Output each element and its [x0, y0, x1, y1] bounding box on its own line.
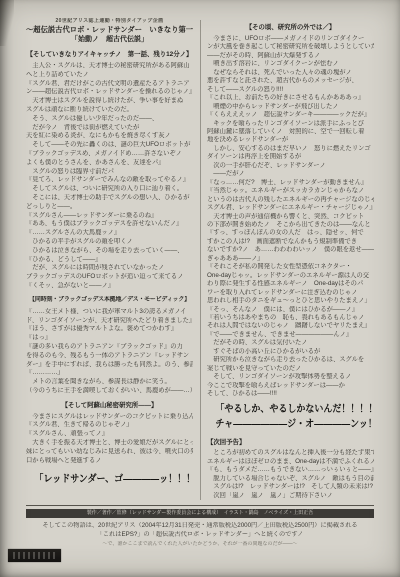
shout-charge-line1: 「やるしか、やるしかないんだ！！！！: [215, 403, 365, 418]
text-line: 『これ以上、お前たちの好きにさせるもんかあああっ』: [207, 94, 374, 102]
page-title: 〜超伝説古代ロボ・レッドサンダー いきなり第一話ノ〜: [26, 25, 193, 35]
story-text-next-episode: ところが初めてのスグルはなんと挿入後一分も経たず果てたノエネルギーはほぼゼロのま…: [207, 449, 374, 500]
text-line: 大きく手を振る天才博士と、博士の愛娘だがスグルにとって: [26, 439, 193, 448]
text-line: ――だがノ: [207, 170, 374, 178]
text-line: 地を決めるレッドサンダーが: [207, 136, 374, 144]
text-line: 今まさに、UFOロボ――メガノイドのリンゴダイクー: [207, 35, 374, 43]
text-line: （今のうちに王手を満喫しておくがいい、馬鹿めが――…）: [26, 387, 193, 396]
text-line: 悪を許すなと託された、超古代からのメッセージが、: [207, 77, 374, 85]
shout-charge-line2: チャ――――――ジ・オ――――ンッ！！」: [215, 418, 365, 433]
text-line: の下部が開き始めたノ そこから出てきたのは――なんと: [207, 221, 374, 229]
text-line: 今まさにスグルはレッドサンダーのコクピットに乗り込んだ。: [26, 413, 193, 422]
text-line: 『スグル君、君だけがこの古代文明の遺産たるアトラニア: [26, 80, 193, 89]
text-line: そして――その先に轟くのは、謎の巨大UFOロボットが: [26, 141, 193, 150]
right-column: 【その頃、研究所の外では／】 今まさに、UFOロボ――メガノイドのリンゴダイクー…: [207, 18, 374, 504]
text-line: どっしりと――。: [26, 203, 193, 212]
two-column-layout: 20世紀アリス誌上連動・特別タイアップ企画 〜超伝説古代ロボ・レッドサンダー い…: [26, 18, 374, 504]
text-line: ド、リンゴダイソーンが、天才研究所へたどり着きました』: [26, 317, 193, 326]
scan-corner-shadow: [0, 0, 14, 46]
text-line: スグル君、レッドサンダーにエネルギー・チャージじゃノ』: [207, 204, 374, 212]
text-line: 『くそッ、急がないと――ノ』: [26, 282, 193, 291]
text-line: 研究所から泣きながら走り去ったひかるは、スグルを: [207, 356, 374, 364]
text-line: スグルの怒りは臨界寸前だパ: [26, 168, 193, 177]
text-line: そう、スグルは優しい少年だったのだ――、: [26, 115, 193, 124]
text-line: ところが初めてのスグルはなんと挿入後一分も経たず果てたノ: [207, 449, 374, 457]
corner-badge: [8, 549, 61, 562]
text-line: ないですか?ノ あ……わわわわいッノ 僕の眼を返せ――: [207, 246, 374, 254]
text-line: 主人公・スグルは、天才博士の秘密研究所がある阿蘇山: [26, 62, 193, 71]
text-line: ダイソーンは再浮上を開始するが: [207, 153, 374, 161]
text-line: 『若いうちはあやまちの 恥も、畏れもあるもんじゃノ: [207, 314, 374, 322]
text-line: わり際に発生する性感エネルギーノ One-dayはそのパ: [207, 280, 374, 288]
text-line: 『そっ、そんなノ 僕には、僕にはひかるが――ノ』: [207, 306, 374, 314]
text-line: 案じて戦いを見守っていたのだノ: [207, 365, 374, 373]
text-line: 『も、もうダメだ……もうできない……っいぅいぅと――』: [207, 466, 374, 474]
text-line: 『くらえええッノ 超伝説サンダーキ――――ックだが』: [207, 111, 374, 119]
text-line: スグルは頑なに断り続けていたのだ。: [26, 106, 193, 115]
credits-bar: 製作／著作／監修（レッドサンダー製作委員会による構成） イラスト・鍋島 ノベライ…: [26, 509, 374, 518]
text-line: すぐそばの小高い丘にひかるがいるが: [207, 348, 374, 356]
section-heading-outside: 【その頃、研究所の外では／】: [207, 23, 374, 32]
scanned-document-page: 20世紀アリス誌上連動・特別タイアップ企画 〜超伝説古代ロボ・レッドサンダー い…: [0, 0, 400, 577]
left-column: 20世紀アリス誌上連動・特別タイアップ企画 〜超伝説古代ロボ・レッドサンダー い…: [26, 18, 193, 504]
text-line: を得るのも今、残るもう一体のアトラニアン『レッドサン: [26, 352, 193, 361]
text-line: ワーを取り入れてレッドサンダーに注ぎ込むのじゃノ: [207, 289, 374, 297]
text-line: 次の一手が肝心だぞ、レッドサンダーノ: [207, 162, 374, 170]
text-line: 次回「嵐ノ 嵐ノ 嵐ノ」ご期待下さいノ: [207, 492, 374, 500]
shout-heading-charge: 「やるしか、やるしかないんだ！！！！ チャ――――――ジ・オ――――ンッ！！」: [207, 403, 374, 432]
text-line: 『スグル君、生きて帰るのじゃぞノ』: [26, 421, 193, 430]
story-text-laboratory: 今まさにスグルはレッドサンダーのコクピットに乗り込んだ。『スグル君、生きて帰るの…: [26, 413, 193, 466]
text-line: そして、ひかるは――!!!!: [207, 390, 374, 398]
text-line: すかこの人は!? 画面遮断でなんかもう規制準備でき: [207, 238, 374, 246]
text-line: 『見てろ、レッドサンダーでみんなの敵を取ってやるノ』: [26, 176, 193, 185]
text-line: 天才博士の声が通信機から響くと、突然、コクピット: [207, 213, 374, 221]
text-line: 思われし相手のタニをギュ〜っとひと思いやりたまえノ」: [207, 297, 374, 305]
text-line: へと上り詰めていたノ: [26, 71, 193, 80]
text-line: ぎゃあああ――ノ』: [207, 255, 374, 263]
section-heading-enemy-base: 【同時刻・ブラックゴッデス本拠地／デス・モービディック】: [26, 296, 193, 305]
text-line: 『スグルさん――レッドサンダーに乗るのね』: [26, 212, 193, 221]
text-line: そこには、天才博士の助手でスグルの想い人、ひかるが: [26, 194, 193, 203]
header-kicker: 20世紀アリス誌上連動・特別タイアップ企画: [26, 18, 193, 25]
closing-line-2: 「これはEPS?」の「超伝説古代ロボ・レッドサンダー」へと続くのですノ: [26, 531, 374, 540]
shout-heading-launch: 「レッドサンダー、ゴ――――ッ！！！！」: [34, 472, 184, 487]
closing-line-1: そしてこの物語は、20世紀アリス（2004年12月31日発売・通常版税込2000…: [26, 522, 374, 531]
text-line: 天を紅に染める炎が、なにもかもを焼き尽くす灰ノ: [26, 132, 193, 141]
text-line: なぜならそれは、死んでいった人々の魂の塊がノ: [207, 69, 374, 77]
text-line: 脱力している場合じゃないぞ、スグルノ 敵はもう目の前だノ: [207, 475, 374, 483]
text-line: 『謎の多い我らのアトラニアン『ブラックゴッド』の力: [26, 343, 193, 352]
text-line: 噴き出す溶岩に、リンゴダイクーンが怯むノ: [207, 60, 374, 68]
text-line: そしてスグルは、ついに研究所の入り口に辿り着く。: [26, 185, 193, 194]
closing-block: そしてこの物語は、20世紀アリス（2004年12月31日発売・通常版税込2000…: [26, 522, 374, 548]
story-text-enemy-base: 『……女王メト様、ついに我が軍マルト3の誇るメガノイド、リンゴダイソーンが、天才…: [26, 308, 193, 396]
story-text-eyecatch: 主人公・スグルは、天才博士の秘密研究所がある阿蘇山へと上り詰めていたノ『スグル君…: [26, 62, 193, 291]
text-line: というのは古代人の残したエネルギーの再チャージなのじゃッ。: [207, 196, 374, 204]
text-line: ダー』を手中にすれば、我らは勝ったも同然よ。のう、参謀長?』: [26, 361, 193, 370]
section-heading-laboratory: 【そして阿蘇山秘密研究所――】: [26, 401, 193, 410]
text-line: 『なっ……何だ? 博士、レッドサンダーが動きません』: [207, 179, 374, 187]
closing-note: 〜で、誰かここまで読んでくれた人がいたかどうか、それが一番の問題なのだが――〜: [26, 541, 374, 548]
text-line: 妹にとってもいい幼なじみに見送られ、彼は今、噴火口の発進: [26, 448, 193, 457]
text-line: 『ほう、さすがは優秀マルトよな。褒めてつかわす』: [26, 325, 193, 334]
text-line: 今ここで攻撃を喰らえばレッドサンダーは――か: [207, 382, 374, 390]
text-line: しかし、安心するのはまだ早いノ 怒りに燃えたリンゴ: [207, 145, 374, 153]
text-line: 天才博士はスグルを説得し続けたが、争い事を好まぬ: [26, 97, 193, 106]
text-line: だが、スグルには時間が残されていなかったノ: [26, 264, 193, 273]
text-line: スグルは!? レッドサンダーは!? そして人類の未来は!?: [207, 483, 374, 491]
text-line: 『すっ、すっぽんぽんの女の人だ はっ、隠せッ、何で: [207, 229, 374, 237]
section-heading-eyecatch: 【そしていきなりアイキャッチノ 第一話、残り12分ノ】: [26, 50, 193, 59]
text-line: 『当然じゃッ。エネルギーがスッカラカンじゃからなノ: [207, 187, 374, 195]
section-heading-next-episode: 【次回予告】: [207, 438, 374, 447]
text-line: メトの言葉を聞きながら、参謀長は静かに笑う。: [26, 378, 193, 387]
text-line: ブラックゴッデスのUFOロボットが追い迫って来てるノ: [26, 273, 193, 282]
text-line: ――だがその時、阿蘇山が大爆発するノ: [207, 52, 374, 60]
text-line: One-dayじゃッ。レッドサンダーのエネルギー源は人の交: [207, 272, 374, 280]
text-line: 『はっ』: [26, 334, 193, 343]
text-line: 『…………』: [26, 369, 193, 378]
text-line: それは人間ではないのじゃノ 躊躇しないでヤリたまえ』: [207, 322, 374, 330]
text-line: 『……女王メト様、ついに我が軍マルト3の誇るメガノイ: [26, 308, 193, 317]
text-line: キックを喰らったリンゴダイソーンは派手にふっとび: [207, 120, 374, 128]
text-line: 『で――できません、できませ――――――んノ』: [207, 331, 374, 339]
text-line: 『それこそが私の開発した女性型憑依コネクター・: [207, 263, 374, 271]
text-line: 噴煙の中からレッドサンダーが飛び出したノ: [207, 103, 374, 111]
text-line: ひかるの平手がスグルの頬を叩くノ: [26, 238, 193, 247]
text-line: 『……スグルさんの大馬鹿ッノ』: [26, 229, 193, 238]
text-line: ンが大風を巻き起こして秘密研究所を破壊しようとしていた: [207, 43, 374, 51]
column-divider: [200, 20, 201, 500]
text-line: 『ああ、もう僕はブラックゴッデスを許せないんだノ』: [26, 220, 193, 229]
text-line: よくも僕のとうさんを、かあさんを、友達をパ』: [26, 159, 193, 168]
text-line: 『スグルさん、頑張ってノ』: [26, 430, 193, 439]
text-line: 口から戦場へと発進するノ: [26, 457, 193, 466]
text-line: 阿蘇山麓に墜落していくノ 対照的に、空で一回転し着: [207, 128, 374, 136]
text-line: そして、リンゴダイソーンが攻撃体勢を整えるノ: [207, 373, 374, 381]
text-line: 『ひかる、どうして――』: [26, 256, 193, 265]
text-line: だが今ノ 背後では街が燃えていたが: [26, 124, 193, 133]
page-subtitle: 「始動ノ 超古代伝説」: [26, 35, 193, 45]
text-line: ひかるは泣きながら、その場を走り去っていく――、: [26, 247, 193, 256]
text-line: エネルギーはほぼゼロのまま、One-dayは不満でふくれるノ: [207, 458, 374, 466]
text-line: そして――スグルの怒り!!!!: [207, 86, 374, 94]
text-line: ン――超伝説古代ロボ・レッドサンダーを操れるのじゃノ』: [26, 88, 193, 97]
footer-divider: [26, 505, 374, 506]
text-line: だがその時、スグルは気付いたノ: [207, 339, 374, 347]
text-line: 『ブラックゴッデスめ、メガノイドめ……許さないぞノ: [26, 150, 193, 159]
story-text-outside: 今まさに、UFOロボ――メガノイドのリンゴダイクーンが大風を巻き起こして秘密研究…: [207, 35, 374, 398]
